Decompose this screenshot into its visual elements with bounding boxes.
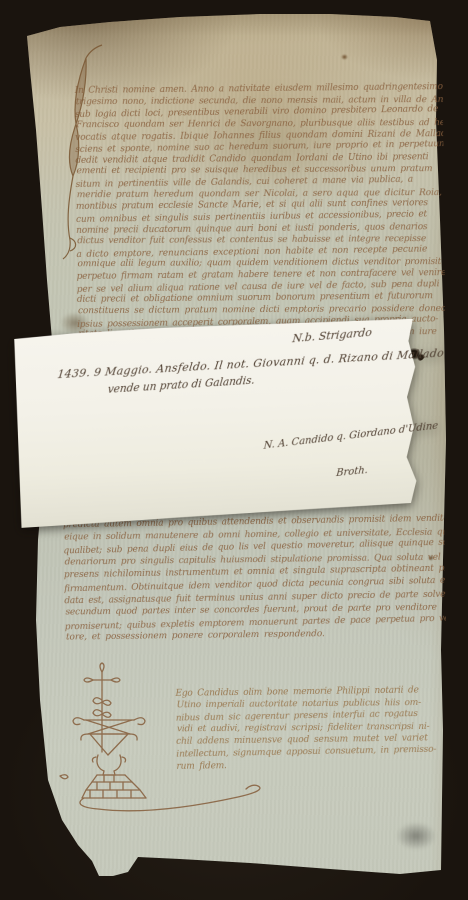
manuscript-line: Francisco quondam ser Henrici de Savorgn… (76, 118, 444, 132)
photo-stage: In Christi nomine amen. Anno a nativitat… (0, 0, 468, 900)
archivist-slip: N.b. Strigardo 1439. 9 Maggio. Ansfeldo.… (14, 319, 421, 530)
manuscript-line: meridie pratum heredum quondam ser Nicol… (77, 187, 445, 201)
manuscript-closing-block: Ego Candidus olim bone memorie Philippi … (175, 684, 444, 776)
manuscript-top-block: In Christi nomine amen. Anno a nativitat… (75, 82, 446, 344)
manuscript-middle-block: predicta autem omnia pro quibus attenden… (63, 513, 446, 648)
